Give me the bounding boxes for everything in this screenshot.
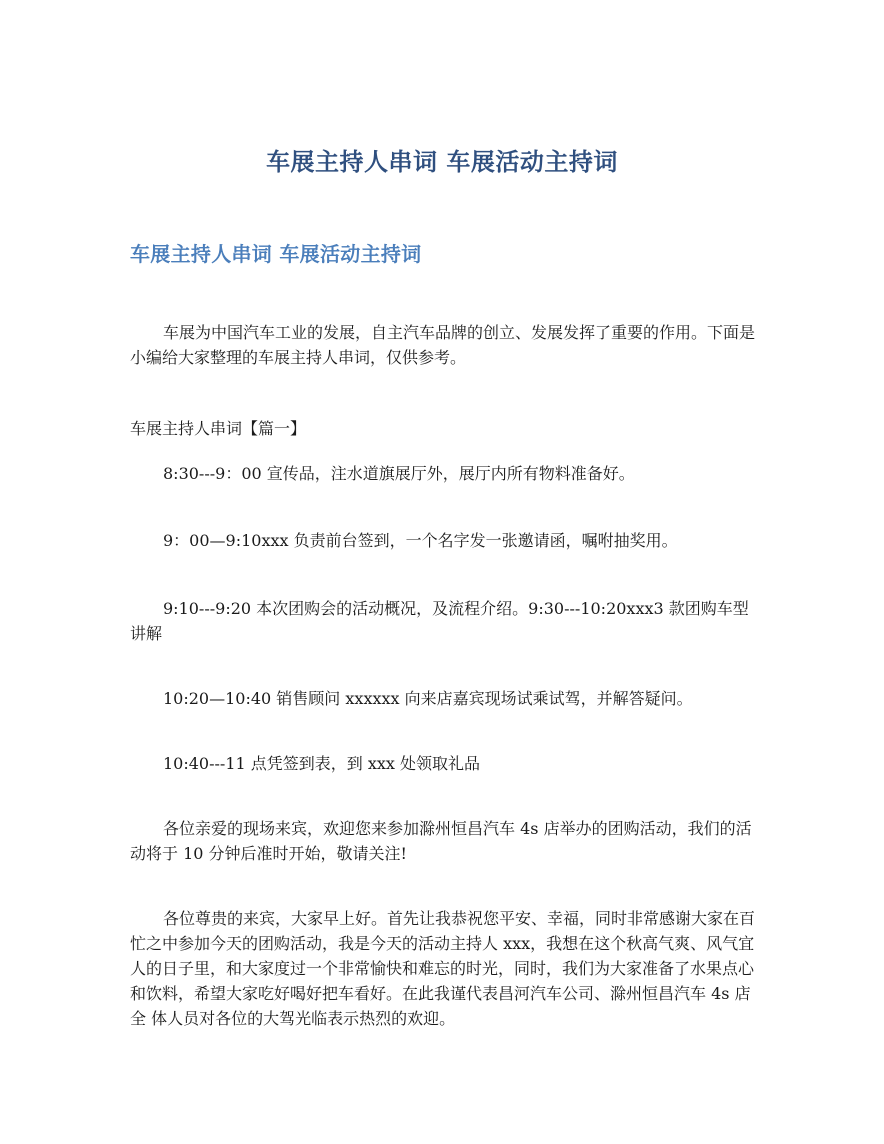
section-heading: 车展主持人串词 车展活动主持词: [130, 238, 421, 267]
subheading-part-one: 车展主持人串词【篇一】: [130, 416, 758, 441]
intro-paragraph: 车展为中国汽车工业的发展，自主汽车品牌的创立、发展发挥了重要的作用。下面是小编给…: [130, 320, 758, 370]
schedule-item: 10:20—10:40 销售顾问 xxxxxx 向来店嘉宾现场试乘试驾，并解答疑…: [130, 686, 758, 711]
greeting-paragraph: 各位尊贵的来宾，大家早上好。首先让我恭祝您平安、幸福，同时非常感谢大家在百忙之中…: [130, 906, 758, 1031]
document-page: 车展主持人串词 车展活动主持词 车展主持人串词 车展活动主持词 车展为中国汽车工…: [0, 0, 884, 1144]
schedule-item: 9:10---9:20 本次团购会的活动概况，及流程介绍。9:30---10:2…: [130, 596, 758, 646]
schedule-item: 10:40---11 点凭签到表，到 xxx 处领取礼品: [130, 751, 758, 776]
document-title: 车展主持人串词 车展活动主持词: [0, 142, 884, 177]
schedule-item: 9：00—9:10xxx 负责前台签到，一个名字发一张邀请函，嘱咐抽奖用。: [130, 528, 758, 553]
schedule-item: 8:30---9：00 宣传品，注水道旗展厅外，展厅内所有物料准备好。: [130, 461, 758, 486]
welcome-paragraph: 各位亲爱的现场来宾，欢迎您来参加滁州恒昌汽车 4s 店举办的团购活动，我们的活动…: [130, 816, 758, 866]
